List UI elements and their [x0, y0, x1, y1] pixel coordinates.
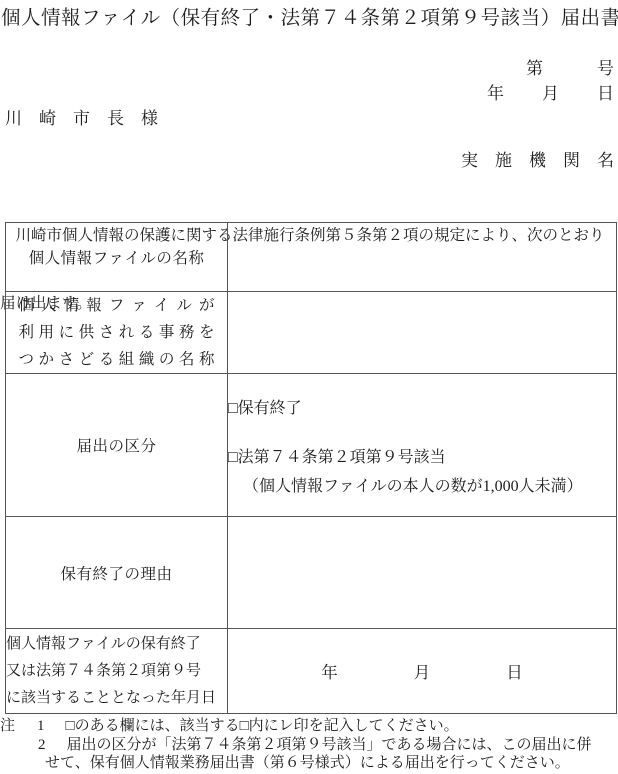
footnote-2-text-line-1: 届出の区分が「法第７４条第２項第９号該当」である場合には、この届出に併 [67, 737, 592, 753]
notification-category-options: □保有終了 □法第７４条第２項第９号該当 （個人情報ファイルの本人の数が1,00… [228, 374, 617, 517]
organization-label-line-3: つかさどる組織の名称 [19, 346, 215, 373]
effective-date-label-line-3: に該当することとなった年月日 [6, 685, 227, 712]
document-number-line: 第号 [526, 54, 614, 79]
checkbox-icon[interactable]: □ [228, 400, 238, 417]
organization-label-line-2: 利用に供される事務を [19, 319, 215, 346]
table-row: 届出の区分 □保有終了 □法第７４条第２項第９号該当 （個人情報ファイルの本人の… [6, 374, 617, 517]
document-date-line: 年月日 [487, 79, 614, 104]
organization-label: 個人情報ファイルが 利用に供される事務を つかさどる組織の名称 [6, 292, 228, 374]
effective-date-input-cell[interactable]: 年 月 日 [228, 629, 617, 714]
footnote-marker: 注 [0, 718, 15, 734]
checkbox-icon[interactable]: □ [228, 449, 238, 466]
footnote-1-number: 1 [37, 718, 45, 734]
notification-category-label: 届出の区分 [6, 374, 228, 517]
option-retention-ended-label: 保有終了 [238, 400, 302, 417]
option-article74-label: 法第７４条第２項第９号該当 [238, 449, 446, 466]
retention-end-reason-input-cell[interactable] [228, 517, 617, 629]
retention-end-reason-label: 保有終了の理由 [6, 517, 228, 629]
footnote-2-text-line-2: せて、保有個人情報業務届出書（第６号様式）による届出を行ってください。 [0, 754, 618, 773]
option-retention-ended: □保有終了 [228, 395, 616, 418]
organization-input-cell[interactable] [228, 292, 617, 374]
table-row: 個人情報ファイルが 利用に供される事務を つかさどる組織の名称 [6, 292, 617, 374]
table-row: 保有終了の理由 [6, 517, 617, 629]
option-article74-note: （個人情報ファイルの本人の数が1,000人未満） [228, 473, 616, 496]
file-name-input-cell[interactable] [228, 223, 617, 292]
file-name-label: 個人情報ファイルの名称 [6, 223, 228, 292]
table-row: 個人情報ファイルの保有終了 又は法第７４条第２項第９号 に該当することとなった年… [6, 629, 617, 714]
notification-form-table: 個人情報ファイルの名称 個人情報ファイルが 利用に供される事務を つかさどる組織… [5, 222, 617, 714]
table-row: 個人情報ファイルの名称 [6, 223, 617, 292]
footnotes: 注1□のある欄には、該当する□内にレ印を記入してください。 2届出の区分が「法第… [0, 717, 618, 773]
doc-number-prefix: 第 [526, 59, 543, 78]
option-article74: □法第７４条第２項第９号該当 （個人情報ファイルの本人の数が1,000人未満） [228, 444, 616, 496]
month-label: 月 [414, 659, 431, 683]
doc-number-suffix: 号 [597, 59, 614, 78]
organization-label-line-1: 個人情報ファイルが [19, 292, 215, 319]
day-label: 日 [506, 659, 523, 683]
implementing-agency-label: 実 施 機 関 名 [461, 146, 614, 171]
date-year-label: 年 [487, 84, 504, 103]
footnote-1-text: □のある欄には、該当する□内にレ印を記入してください。 [66, 718, 459, 734]
effective-date-label-line-2: 又は法第７４条第２項第９号 [6, 658, 227, 685]
footnote-1: 注1□のある欄には、該当する□内にレ印を記入してください。 [0, 717, 618, 736]
addressee-line: 川 崎 市 長 様 [5, 104, 158, 129]
effective-date-label-line-1: 個人情報ファイルの保有終了 [6, 631, 227, 658]
page-title: 個人情報ファイル（保有終了・法第７４条第２項第９号該当）届出書 [1, 2, 618, 30]
year-label: 年 [321, 659, 338, 683]
date-day-label: 日 [597, 84, 614, 103]
notification-form-page: 個人情報ファイル（保有終了・法第７４条第２項第９号該当）届出書 第号 年月日 川… [0, 0, 618, 774]
effective-date-fields: 年 月 日 [228, 659, 616, 683]
footnote-2-number: 2 [38, 737, 46, 753]
date-month-label: 月 [542, 84, 559, 103]
footnote-2: 2届出の区分が「法第７４条第２項第９号該当」である場合には、この届出に併 [0, 736, 618, 755]
effective-date-label: 個人情報ファイルの保有終了 又は法第７４条第２項第９号 に該当することとなった年… [6, 629, 228, 714]
